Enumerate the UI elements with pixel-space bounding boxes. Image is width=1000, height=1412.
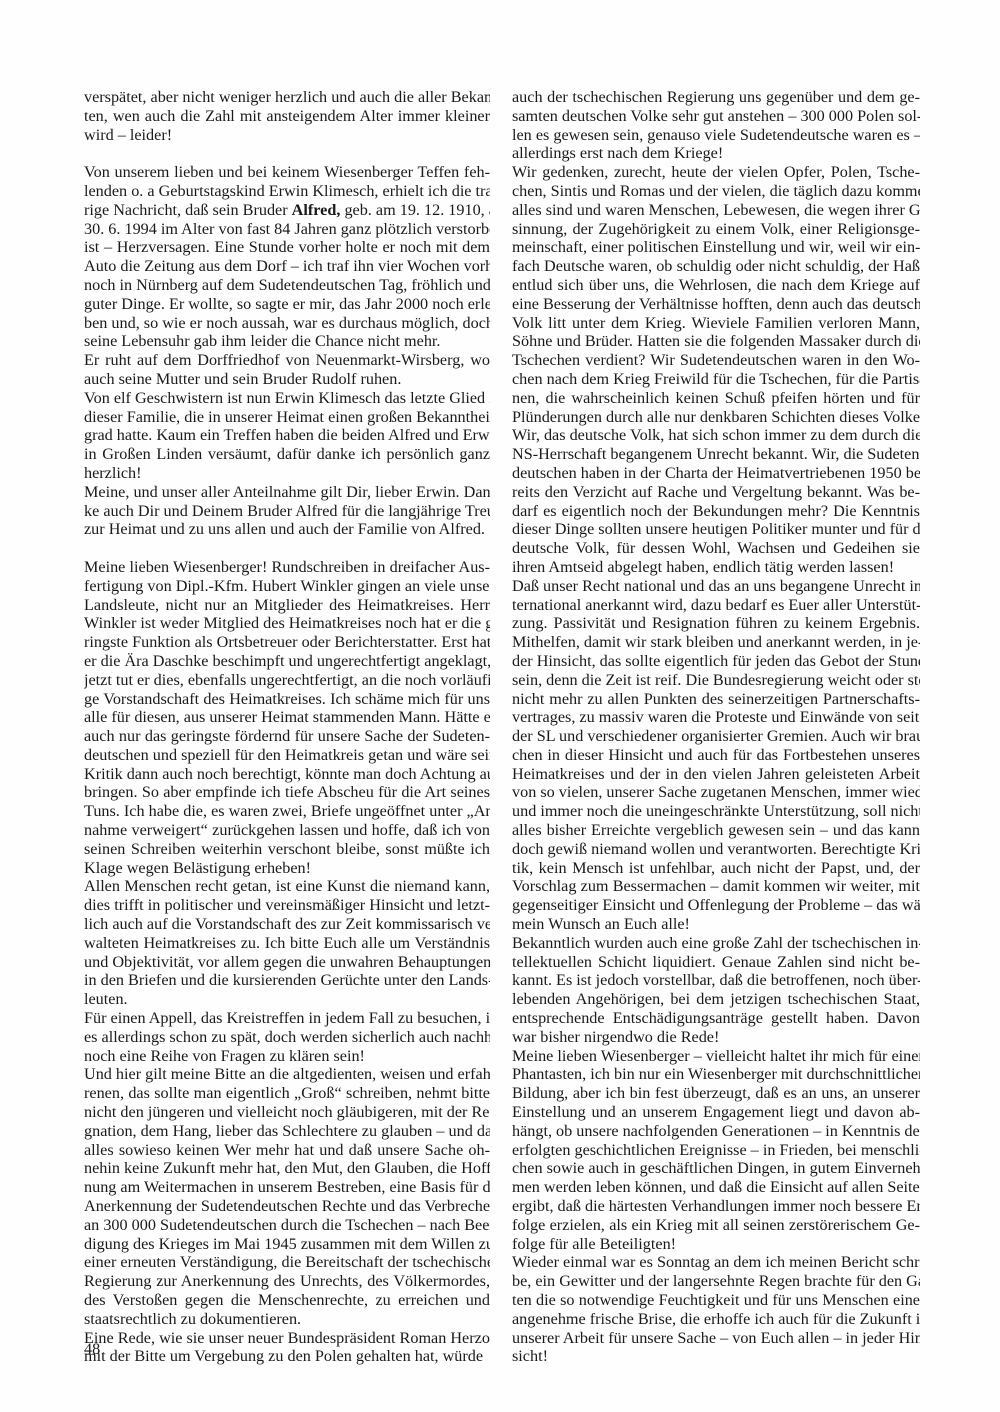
text-line: an 300 000 Sudetendeutschen durch die Ts… <box>84 1216 490 1235</box>
text-line: tik, kein Mensch ist unfehlbar, auch nic… <box>512 859 920 878</box>
text-line: eine Besserung der Verhältnisse hofften,… <box>512 295 920 314</box>
text-line: mit der Bitte um Vergebung zu den Polen … <box>84 1347 490 1366</box>
text-line: Einstellung und an unserem Engagement li… <box>512 1103 920 1122</box>
text-line: chen nach dem Krieg Freiwild für die Tsc… <box>512 370 920 389</box>
text-line: seinen Schreiben weiterhin verschont ble… <box>84 840 490 859</box>
text-line: gegenseitiger Einsicht und Offenlegung d… <box>512 896 920 915</box>
text-line: Phantasten, ich bin nur ein Wiesenberger… <box>512 1065 920 1084</box>
text-line: deutsche Volk, für dessen Wohl, Wachsen … <box>512 539 920 558</box>
text-line: fertigung von Dipl.-Kfm. Hubert Winkler … <box>84 577 490 596</box>
text-line: alles bisher Erreichte vergeblich gewese… <box>512 821 920 840</box>
text-line: Klage wegen Belästigung erheben! <box>84 859 490 878</box>
text-line: dieser Dinge sollten unsere heutigen Pol… <box>512 520 920 539</box>
text-line: auch seine Mutter und sein Bruder Rudolf… <box>84 370 490 389</box>
text-line: allerdings erst nach dem Kriege! <box>512 144 920 163</box>
text-line: alles sind und waren Menschen, Lebewesen… <box>512 201 920 220</box>
text-line: guter Dinge. Er wollte, so sagte er mir,… <box>84 295 490 314</box>
text-line: nahme verweigert“ zurückgehen lassen und… <box>84 821 490 840</box>
text-line: Kritik dann auch noch berechtigt, könnte… <box>84 765 490 784</box>
text-line: ist – Herzversagen. Eine Stunde vorher h… <box>84 238 490 257</box>
text-line: nicht den jüngeren und vielleicht noch g… <box>84 1103 490 1122</box>
paragraph: Bekanntlich wurden auch eine große Zahl … <box>512 934 920 1047</box>
text-line: nen, die wahrscheinlich keinen Schuß pfe… <box>512 389 920 408</box>
paragraph: Von elf Geschwistern ist nun Erwin Klime… <box>84 389 490 483</box>
text-line: Wir gedenken, zurecht, heute der vielen … <box>512 163 920 182</box>
text-line: jetzt tut er dies, ebenfalls ungerechtfe… <box>84 671 490 690</box>
text-line: Von elf Geschwistern ist nun Erwin Klime… <box>84 389 490 408</box>
text-line: Allen Menschen recht getan, ist eine Kun… <box>84 877 490 896</box>
text-line: Meine, und unser aller Anteilnahme gilt … <box>84 483 490 502</box>
text-line: doch gewiß niemand wollen und verantwort… <box>512 840 920 859</box>
text-line: dies trifft in politischer und vereinsmä… <box>84 896 490 915</box>
left-column: verspätet, aber nicht weniger herzlich u… <box>84 88 490 1366</box>
text-line: digung des Krieges im Mai 1945 zusammen … <box>84 1235 490 1254</box>
text-line: lenden o. a Geburtstagskind Erwin Klimes… <box>84 182 490 201</box>
text-line: sein, denn die Zeit ist reif. Die Bundes… <box>512 671 920 690</box>
text-line: sinnung, der Zugehörigkeit zu einem Volk… <box>512 220 920 239</box>
text-line: zur Heimat und zu uns allen und auch der… <box>84 520 490 539</box>
text-line: kannt. Es ist jedoch vorstellbar, daß di… <box>512 971 920 990</box>
text-line: 30. 6. 1994 im Alter von fast 84 Jahren … <box>84 220 490 239</box>
text-line: Er ruht auf dem Dorffriedhof von Neuenma… <box>84 351 490 370</box>
text-line: tellektuellen Schicht liquidiert. Genaue… <box>512 953 920 972</box>
text-line: darf es eigentlich noch der Bekundungen … <box>512 502 920 521</box>
text-line: Tschechen verdient? Wir Sudetendeutschen… <box>512 351 920 370</box>
text-line: es allerdings schon zu spät, doch werden… <box>84 1028 490 1047</box>
text-line: Vorschlag zum Bessermachen – damit komme… <box>512 877 920 896</box>
text-line: der Hinsicht, das sollte eigentlich für … <box>512 652 920 671</box>
text-line: und Objektivität, vor allem gegen die un… <box>84 953 490 972</box>
text-line: auch nur das geringste fördernd für unse… <box>84 727 490 746</box>
text-line: ten die so notwendige Feuchtigkeit und f… <box>512 1291 920 1310</box>
text-line: der SL und verschiedener organisierter G… <box>512 727 920 746</box>
paragraph: Für einen Appell, das Kreistreffen in je… <box>84 1009 490 1065</box>
text-line: herzlich! <box>84 464 490 483</box>
text-line: noch in Nürnberg auf dem Sudetendeutsche… <box>84 276 490 295</box>
text-line: grad hatte. Kaum ein Treffen haben die b… <box>84 426 490 445</box>
text-line: Heimatkreises und der in den vielen Jahr… <box>512 765 920 784</box>
text-line: Daß unser Recht national und das an uns … <box>512 577 920 596</box>
text-line: zung. Passivität und Resignation führen … <box>512 614 920 633</box>
text-line: lebenden Angehörigen, bei dem jetzigen t… <box>512 990 920 1009</box>
paragraph: Wir gedenken, zurecht, heute der vielen … <box>512 163 920 577</box>
paragraph: Er ruht auf dem Dorffriedhof von Neuenma… <box>84 351 490 389</box>
text-line: folge erzielen, als ein Krieg mit all se… <box>512 1216 920 1235</box>
text-line: nung am Weitermachen in unserem Bestrebe… <box>84 1178 490 1197</box>
paragraph: auch der tschechischen Regierung uns geg… <box>512 88 920 163</box>
text-line: lich auch auf die Vorstandschaft des zur… <box>84 915 490 934</box>
text-line: in Großen Linden versäumt, dafür danke i… <box>84 445 490 464</box>
paragraph: verspätet, aber nicht weniger herzlich u… <box>84 88 490 144</box>
text-line: men werden leben können, und daß die Ein… <box>512 1178 920 1197</box>
text-line: renen, das sollte man eigentlich „Groß“ … <box>84 1084 490 1103</box>
page-number: 48 <box>84 1340 100 1359</box>
text-line: Söhne und Brüder. Hatten sie die folgend… <box>512 332 920 351</box>
text-line: Für einen Appell, das Kreistreffen in je… <box>84 1009 490 1028</box>
text-line: bringen. So aber empfinde ich tiefe Absc… <box>84 783 490 802</box>
text-line: fach Deutsche waren, ob schuldig oder ni… <box>512 257 920 276</box>
text-line: er die Ära Daschke beschimpft und ungere… <box>84 652 490 671</box>
paragraph: Daß unser Recht national und das an uns … <box>512 577 920 934</box>
text-line: entlud sich über uns, die Wehrlosen, die… <box>512 276 920 295</box>
text-line: sicht! <box>512 1347 920 1366</box>
document-page: verspätet, aber nicht weniger herzlich u… <box>0 0 1000 1412</box>
text-line: walteten Heimatkreises zu. Ich bitte Euc… <box>84 934 490 953</box>
text-line: dieser Familie, die in unserer Heimat ei… <box>84 408 490 427</box>
text-line: staatsrechtlich zu dokumentieren. <box>84 1310 490 1329</box>
text-line: rige Nachricht, daß sein Bruder Alfred, … <box>84 201 490 220</box>
paragraph: Eine Rede, wie sie unser neuer Bundesprä… <box>84 1329 490 1367</box>
text-line: gnation, dem Hang, lieber das Schlechter… <box>84 1122 490 1141</box>
text-line: be, ein Gewitter und der langersehnte Re… <box>512 1272 920 1291</box>
text-line: hängt, ob unsere nachfolgenden Generatio… <box>512 1122 920 1141</box>
text-line: vertrages, zu massiv waren die Proteste … <box>512 708 920 727</box>
text-line: auch der tschechischen Regierung uns geg… <box>512 88 920 107</box>
text-line: mein Wunsch an Euch alle! <box>512 915 920 934</box>
text-line: Plünderungen durch alle nur denkbaren Sc… <box>512 408 920 427</box>
paragraph: Und hier gilt meine Bitte an die altgedi… <box>84 1065 490 1328</box>
text-line: Tuns. Ich habe die, es waren zwei, Brief… <box>84 802 490 821</box>
text-line: Mithelfen, damit wir stark bleiben und a… <box>512 633 920 652</box>
text-line: seine Lebensuhr gab ihm leider die Chanc… <box>84 332 490 351</box>
text-line: unserer Arbeit für unsere Sache – von Eu… <box>512 1329 920 1348</box>
right-column: auch der tschechischen Regierung uns geg… <box>512 88 920 1366</box>
text-line: chen sowie auch in geschäftlichen Dingen… <box>512 1159 920 1178</box>
text-line: Landsleute, nicht nur an Mitglieder des … <box>84 596 490 615</box>
text-line: in den Briefen und die kursierenden Gerü… <box>84 971 490 990</box>
text-line: chen, Sintis und Romas und der vielen, d… <box>512 182 920 201</box>
text-line: NS-Herrschaft begangenem Unrecht bekannt… <box>512 445 920 464</box>
text-line: Winkler ist weder Mitglied des Heimatkre… <box>84 614 490 633</box>
text-line: nicht mehr zu allen Punkten des seinerze… <box>512 690 920 709</box>
paragraph: Allen Menschen recht getan, ist eine Kun… <box>84 877 490 1009</box>
text-line: leuten. <box>84 990 490 1009</box>
text-line: des Verstoßen gegen die Menschenrechte, … <box>84 1291 490 1310</box>
text-line: Meine lieben Wiesenberger! Rundschreiben… <box>84 558 490 577</box>
text-line: ben und, so wie er noch aussah, war es d… <box>84 314 490 333</box>
text-line: Regierung zur Anerkennung des Unrechts, … <box>84 1272 490 1291</box>
text-line: und immer noch die uneingeschränkte Unte… <box>512 802 920 821</box>
text-line: ternational anerkannt wird, dazu bedarf … <box>512 596 920 615</box>
text-line: von so vielen, unserer Sache zugetanen M… <box>512 783 920 802</box>
text-line: Anerkennung der Sudetendeutschen Rechte … <box>84 1197 490 1216</box>
text-line: einer erneuten Verständigung, die Bereit… <box>84 1253 490 1272</box>
text-line: wird – leider! <box>84 126 490 145</box>
text-line: folge für alle Beteiligten! <box>512 1235 920 1254</box>
text-line: deutschen haben in der Charta der Heimat… <box>512 464 920 483</box>
bold-name: Alfred, <box>292 201 341 219</box>
text-line: Und hier gilt meine Bitte an die altgedi… <box>84 1065 490 1084</box>
text-line: Bekanntlich wurden auch eine große Zahl … <box>512 934 920 953</box>
text-line: noch eine Reihe von Fragen zu klären sei… <box>84 1047 490 1066</box>
paragraph: Wieder einmal war es Sonntag an dem ich … <box>512 1253 920 1366</box>
text-line: deutschen und speziell für den Heimatkre… <box>84 746 490 765</box>
paragraph: Meine lieben Wiesenberger! Rundschreiben… <box>84 558 490 878</box>
text-line: Wieder einmal war es Sonntag an dem ich … <box>512 1253 920 1272</box>
paragraph: Von unserem lieben und bei keinem Wiesen… <box>84 163 490 351</box>
text-line: Eine Rede, wie sie unser neuer Bundesprä… <box>84 1329 490 1348</box>
text-line: ergibt, daß die härtesten Verhandlungen … <box>512 1197 920 1216</box>
text-line: war bisher nirgendwo die Rede! <box>512 1028 920 1047</box>
paragraph: Meine, und unser aller Anteilnahme gilt … <box>84 483 490 539</box>
text-line: Bildung, aber ich bin fest überzeugt, da… <box>512 1084 920 1103</box>
text-line: ge Vorstandschaft des Heimatkreises. Ich… <box>84 690 490 709</box>
text-line: alles sowieso keinen Wer mehr hat und da… <box>84 1141 490 1160</box>
text-line: chen in dieser Hinsicht und auch für das… <box>512 746 920 765</box>
text-line: meinschaft, einer politischen Einstellun… <box>512 238 920 257</box>
text-line: ke auch Dir und Deinem Bruder Alfred für… <box>84 502 490 521</box>
text-line: angenehme frische Brise, die erhoffe ich… <box>512 1310 920 1329</box>
text-line: Auto die Zeitung aus dem Dorf – ich traf… <box>84 257 490 276</box>
text-line: nehin keine Zukunft mehr hat, den Mut, d… <box>84 1159 490 1178</box>
text-line: entsprechende Entschädigungsanträge gest… <box>512 1009 920 1028</box>
text-line: verspätet, aber nicht weniger herzlich u… <box>84 88 490 107</box>
text-line: len es gewesen sein, genauso viele Sudet… <box>512 126 920 145</box>
text-line: samten deutschen Volke sehr gut anstehen… <box>512 107 920 126</box>
text-line: ten, wen auch die Zahl mit ansteigendem … <box>84 107 490 126</box>
text-line: Wir, das deutsche Volk, hat sich schon i… <box>512 426 920 445</box>
text-line: reits den Verzicht auf Rache und Vergelt… <box>512 483 920 502</box>
text-line: Von unserem lieben und bei keinem Wiesen… <box>84 163 490 182</box>
text-line: ringste Funktion als Ortsbetreuer oder B… <box>84 633 490 652</box>
paragraph: Meine lieben Wiesenberger – vielleicht h… <box>512 1047 920 1254</box>
text-line: Volk litt unter dem Krieg. Wieviele Fami… <box>512 314 920 333</box>
text-line: ihren Amtseid abgelegt haben, endlich tä… <box>512 558 920 577</box>
text-line: Meine lieben Wiesenberger – vielleicht h… <box>512 1047 920 1066</box>
text-line: alle für diesen, aus unserer Heimat stam… <box>84 708 490 727</box>
text-line: erfolgten geschichtlichen Ereignisse – i… <box>512 1141 920 1160</box>
